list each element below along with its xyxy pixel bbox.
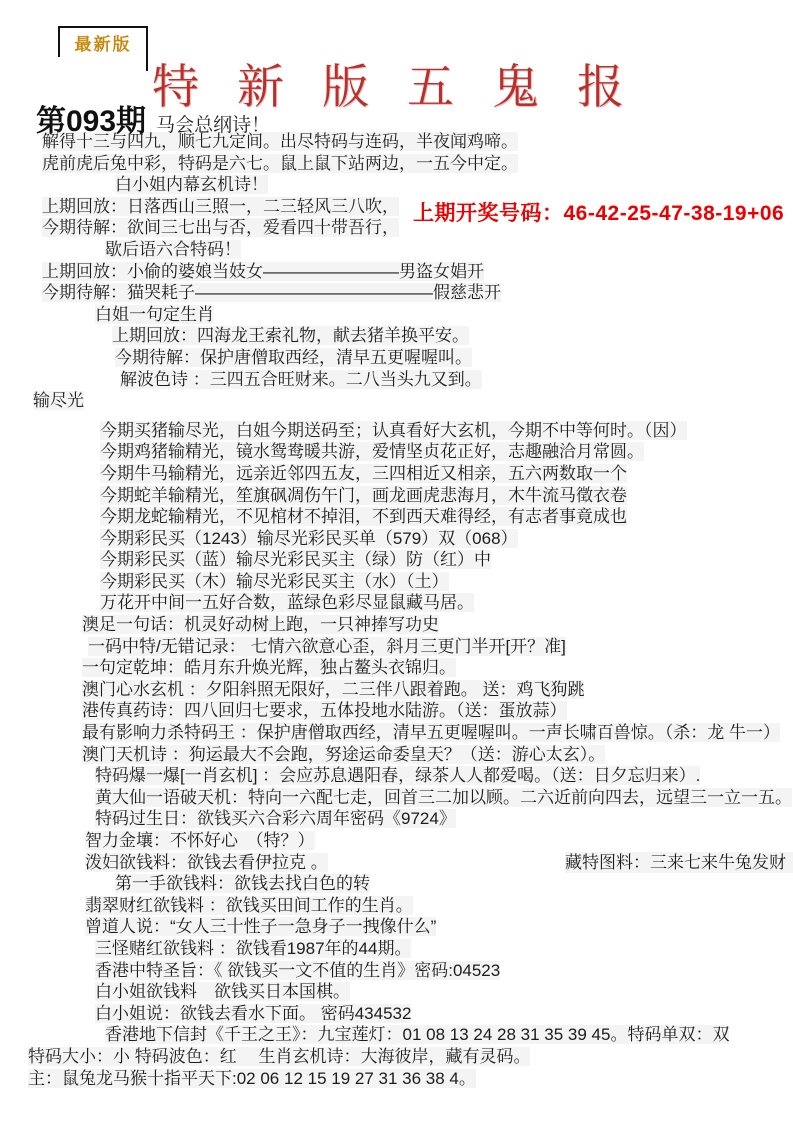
body-line: 曾道人说：“女人三十性子一急身子一拽像什么” [85,916,793,938]
body-line: 今期待解：欲间三七出与否，爱看四十带吾行， [42,217,793,239]
body-line: 上期回放：日落西山三照一，二三轻风三八吹， [42,196,793,218]
body-line: 一码中特/无错记录： 七情六欲意心歪，斜月三更门半开[开？准] [88,636,793,658]
body-line: 今期待解：猫哭耗子——————————————假慈悲开 [42,282,793,304]
newspaper-sheet: 最新版 特新版五鬼报 第093期 马会总纲诗！ 上期开奖号码：46-42-25-… [0,0,793,1122]
body-line: 特码爆一爆[一肖玄机] ：会应苏息遇阳春，绿茶人人都爱喝。（送：日夕忘归来）. [95,765,793,787]
body-line: 今期待解：保护唐僧取西经，清早五更喔喔叫。 [115,347,793,369]
body-line: 白小姐欲钱料 欲钱买日本国棋。 [95,981,793,1003]
body-line: 今期彩民买（木）输尽光彩民买主（水）（土） [100,571,793,593]
body-line: 白姐一句定生肖 [95,304,793,326]
edition-badge: 最新版 [58,26,148,57]
body-line: 黄大仙一语破天机：特向一六配七走，回首三二加以顾。二六近前向四去，远望三一立一五… [95,787,793,809]
body-line: 虎前虎后兔中彩，特码是六七。鼠上鼠下站两边，一五今中定。 [42,153,793,175]
body-line: 今期蛇羊输精光，笙旗砜凋伤午门，画龙画虎悲海月，木牛流马徵衣卷 [100,485,793,507]
body-line: 最有影响力杀特码王 ：保护唐僧取西经，清早五更喔喔叫。一声长啸百兽惊。（杀：龙 … [82,722,793,744]
body-line: 今期鸡猪输精光，镜水鸳鸯暖共游，爱情坚贞花正好，志趣融洽月常圆。 [100,441,793,463]
body-line: 今期牛马输精光，远亲近邻四五友，三四相近又相亲，五六两数取一个 [100,463,793,485]
body-text: 解得十三与四九，顺七九定间。出尽特码与连码，半夜闻鸡啼。 虎前虎后兔中彩，特码是… [0,131,793,1089]
section-header-shujinguang: 输尽光 [33,390,793,412]
body-line: 香港地下信封《千王之王》：九宝莲灯：01 08 13 24 28 31 35 3… [105,1024,793,1046]
body-line: 解得十三与四九，顺七九定间。出尽特码与连码，半夜闻鸡啼。 [42,131,793,153]
body-line: 三怪赌红欲钱料 ：欲钱看1987年的44期。 [95,938,793,960]
body-line-with-right-note: 泼妇欲钱料：欲钱去看伊拉克 。 藏特图料：三来七来牛兔发财（开：？） [85,852,793,874]
body-line: 上期回放：四海龙王索礼物，献去猪羊换平安。 [112,325,793,347]
body-line: 翡翠财红欲钱料 ：欲钱买田间工作的生肖。 [85,895,793,917]
body-line: 今期龙蛇输精光，不见棺材不掉泪，不到西天难得经，有志者事竟成也 [100,506,793,528]
body-line: 特码过生日：欲钱买六合彩六周年密码《9724》 [95,808,793,830]
edition-badge-label: 最新版 [75,30,132,55]
body-line: 白小姐说：欲钱去看水下面。 密码434532 [95,1003,793,1025]
body-line: 主：鼠兔龙马猴十指平天下:02 06 12 15 19 27 31 36 38 … [28,1068,793,1090]
body-line: 澳门天机诗 ：狗运最大不会跑，努途运命委皇天？（送：游心太玄）。 [82,744,793,766]
body-line: 第一手欲钱料：欲钱去找白色的转 [115,873,793,895]
body-line: 澳门心水玄机 ：夕阳斜照无限好，二三伴八跟着跑。 送：鸡飞狗跳 [82,679,793,701]
body-line: 万花开中间一五好合数，蓝绿色彩尽显鼠藏马居。 [100,592,793,614]
body-line: 澳足一句话：机灵好动树上跑，一只神捧写功史 [82,614,793,636]
body-line: 今期彩民买（1243）输尽光彩民买单（579）双（068） [100,528,793,550]
body-line: 特码大小：小 特码波色：红 生肖玄机诗：大海彼岸，藏有灵码。 [28,1046,793,1068]
hidden-special-note: 藏特图料：三来七来牛兔发财（开：？） [565,852,793,874]
body-line: 港传真药诗：四八回归七要求，五体投地水陆游。（送：蛋放蒜） [82,700,793,722]
body-line: 今期彩民买（蓝）输尽光彩民买主（绿）防（红）中 [100,549,793,571]
body-line: 上期回放：小偷的婆娘当妓女————————男盗女娼开 [42,261,793,283]
body-line: 一句定乾坤：皓月东升焕光辉，独占鳌头衣锦归。 [82,657,793,679]
body-line: 解波色诗 ：三四五合旺财来。二八当头九又到。 [120,369,793,391]
body-line: 今期买猪输尽光，白姐今期送码至；认真看好大玄机，今期不中等何时。（因） [100,420,793,442]
badge-border-tail [146,57,148,71]
body-line: 白小姐内幕玄机诗！ [115,174,793,196]
body-line: 智力金壤：不怀好心 （特？） [85,830,793,852]
body-line: 歇后语六合特码！ [105,239,793,261]
body-line: 香港中特圣旨：《 欲钱买一文不值的生肖》密码:04523 [95,960,793,982]
